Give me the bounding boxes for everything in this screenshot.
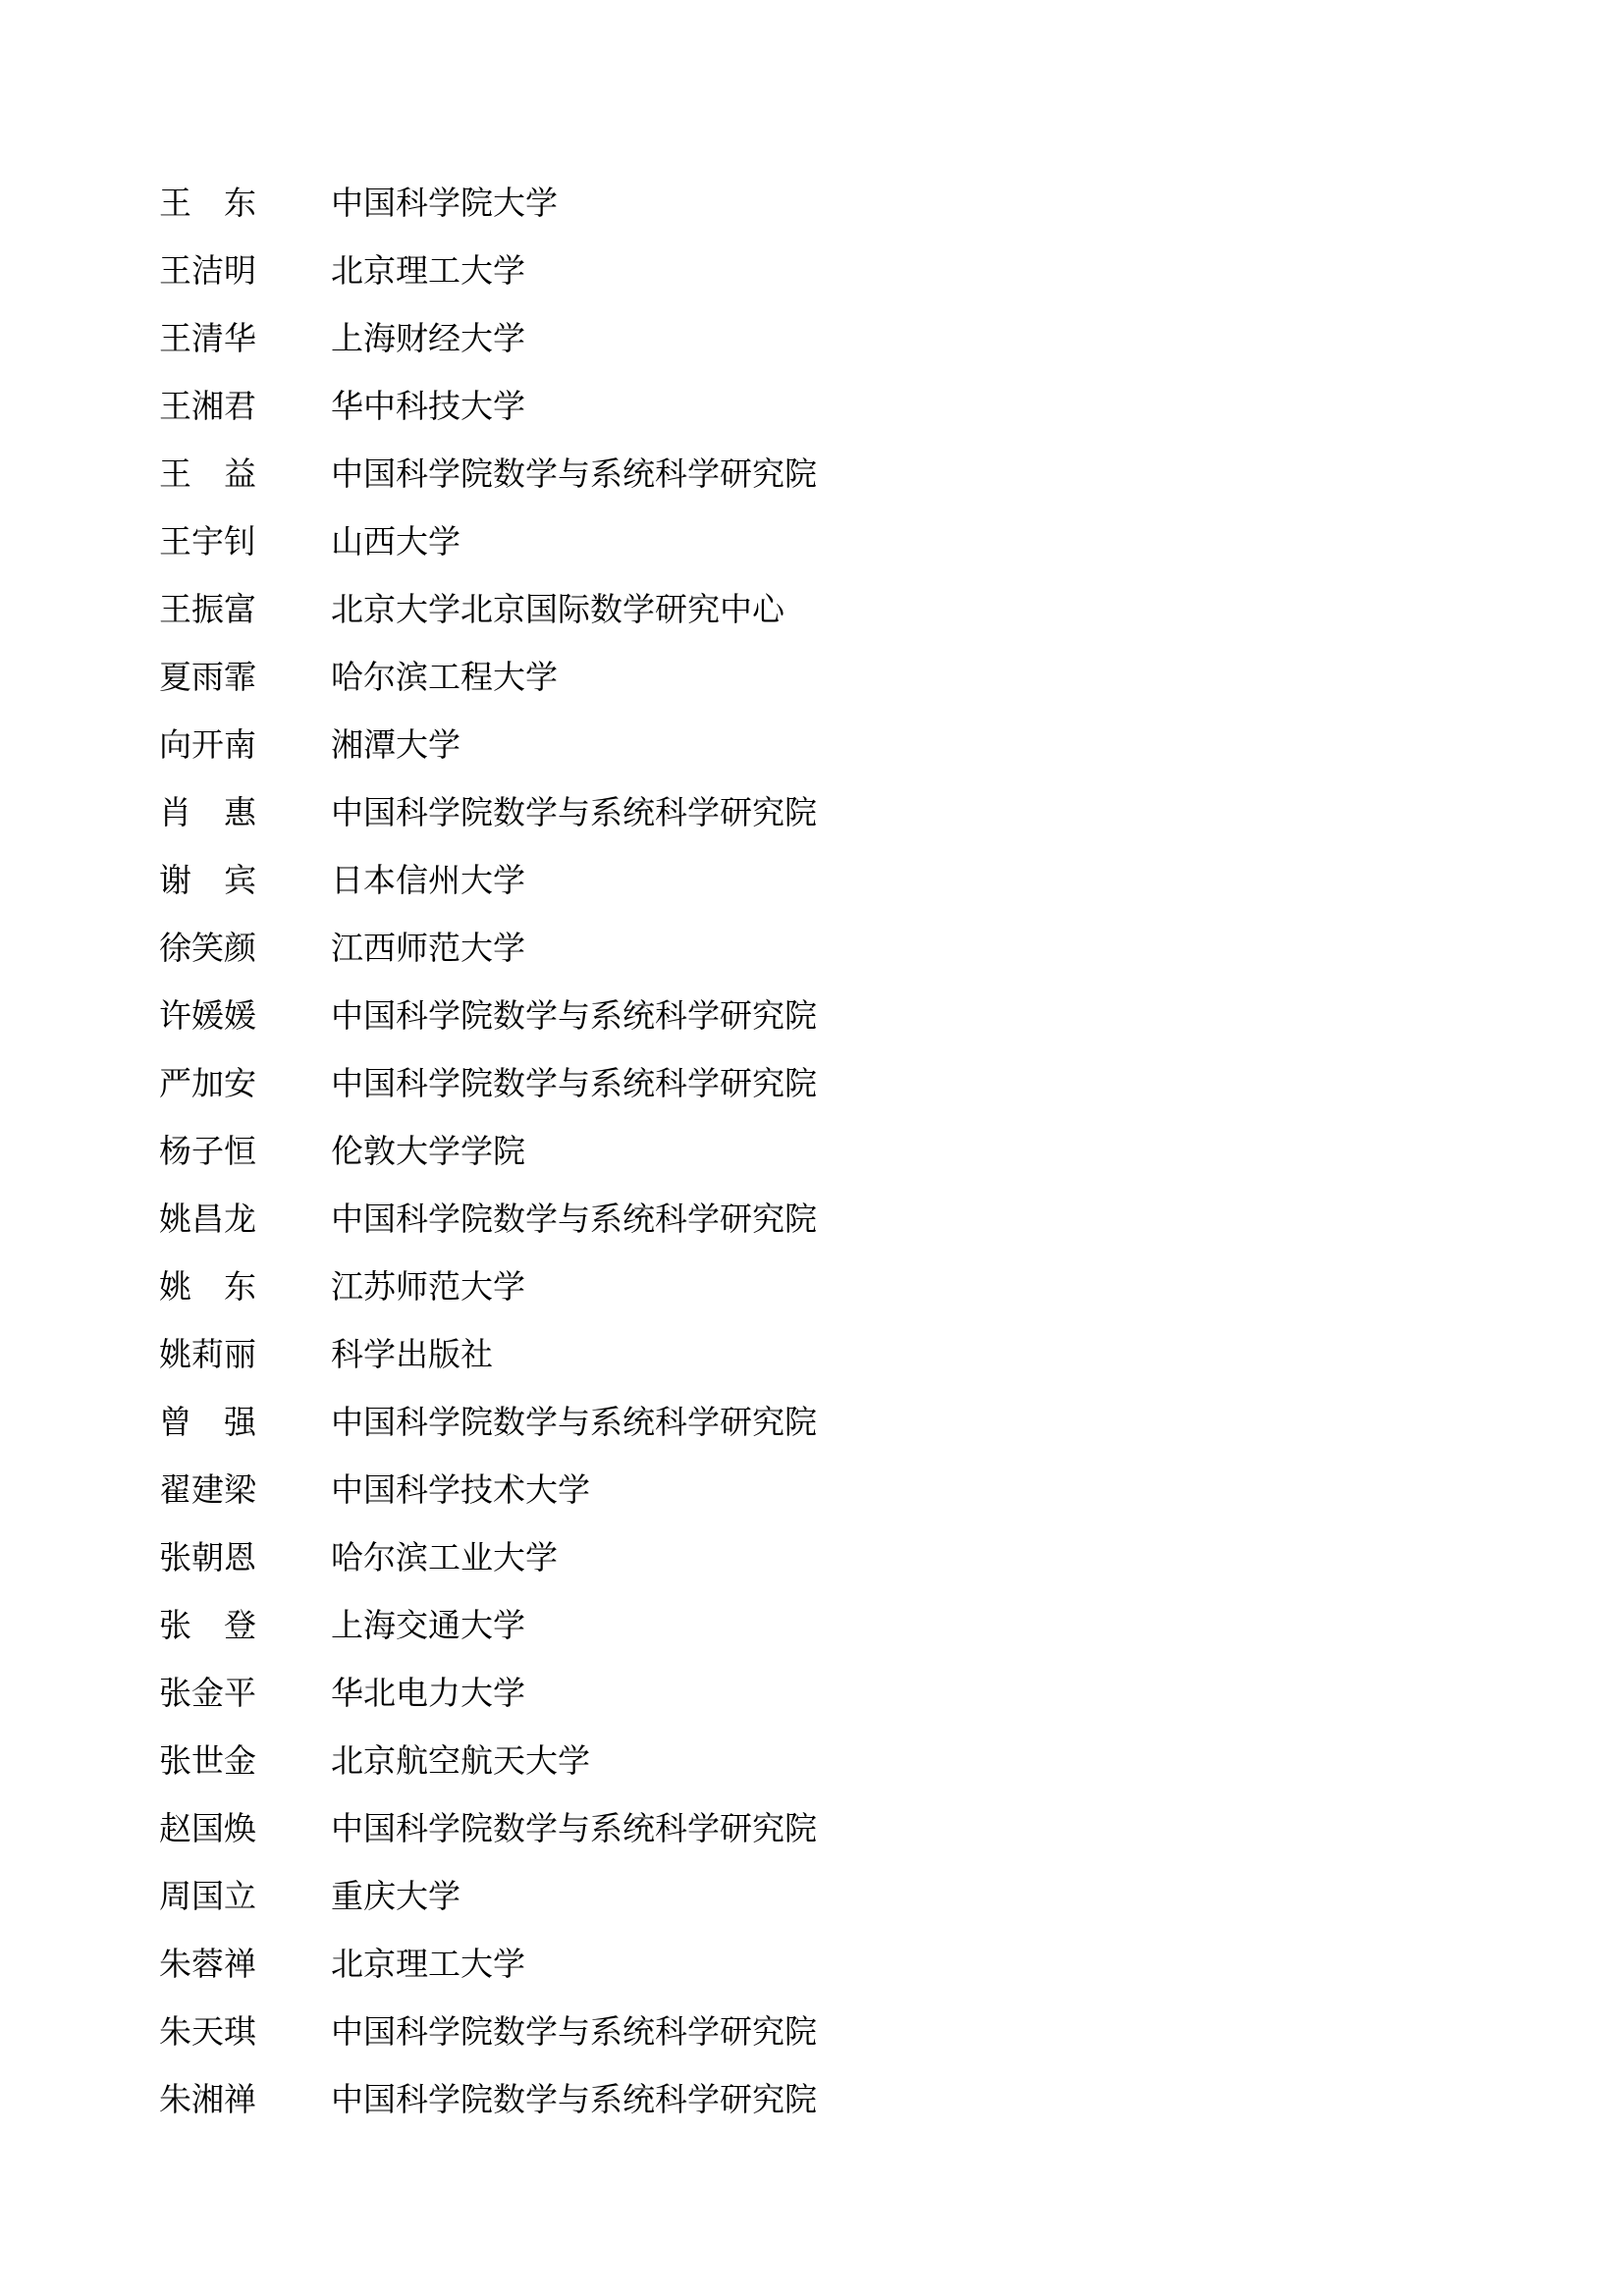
affiliation: 华北电力大学 bbox=[331, 1659, 1435, 1727]
affiliation: 北京理工大学 bbox=[331, 237, 1435, 304]
affiliation: 中国科学院数学与系统科学研究院 bbox=[331, 1388, 1435, 1456]
list-item: 徐笑颜江西师范大学 bbox=[159, 914, 1435, 982]
person-name: 夏雨霏 bbox=[159, 643, 256, 711]
person-name: 朱天琪 bbox=[159, 1998, 256, 2065]
affiliation: 上海财经大学 bbox=[331, 304, 1435, 372]
person-name: 姚昌龙 bbox=[159, 1185, 256, 1253]
person-name: 姚莉丽 bbox=[159, 1320, 256, 1388]
person-name: 曾 强 bbox=[159, 1388, 256, 1456]
affiliation: 华中科技大学 bbox=[331, 372, 1435, 440]
affiliation: 重庆大学 bbox=[331, 1862, 1435, 1930]
affiliation: 江苏师范大学 bbox=[331, 1253, 1435, 1320]
person-name: 王宇钊 bbox=[159, 507, 256, 575]
list-item: 谢 宾日本信州大学 bbox=[159, 846, 1435, 914]
person-name: 姚 东 bbox=[159, 1253, 256, 1320]
list-item: 张 登上海交通大学 bbox=[159, 1591, 1435, 1659]
person-name: 翟建梁 bbox=[159, 1456, 256, 1523]
list-item: 王振富北京大学北京国际数学研究中心 bbox=[159, 575, 1435, 643]
person-name: 张金平 bbox=[159, 1659, 256, 1727]
person-name: 王洁明 bbox=[159, 237, 256, 304]
affiliation: 中国科学院数学与系统科学研究院 bbox=[331, 2065, 1435, 2133]
affiliation: 江西师范大学 bbox=[331, 914, 1435, 982]
person-name: 王振富 bbox=[159, 575, 256, 643]
person-name: 周国立 bbox=[159, 1862, 256, 1930]
affiliation: 北京航空航天大学 bbox=[331, 1727, 1435, 1794]
list-item: 张朝恩哈尔滨工业大学 bbox=[159, 1523, 1435, 1591]
person-name: 谢 宾 bbox=[159, 846, 256, 914]
person-name: 朱湘禅 bbox=[159, 2065, 256, 2133]
person-name: 王 益 bbox=[159, 440, 256, 507]
list-item: 姚莉丽科学出版社 bbox=[159, 1320, 1435, 1388]
affiliation: 中国科学院数学与系统科学研究院 bbox=[331, 982, 1435, 1049]
affiliation: 中国科学院数学与系统科学研究院 bbox=[331, 1185, 1435, 1253]
list-item: 王 东中国科学院大学 bbox=[159, 169, 1435, 237]
list-item: 严加安中国科学院数学与系统科学研究院 bbox=[159, 1049, 1435, 1117]
affiliation: 湘潭大学 bbox=[331, 711, 1435, 778]
person-name: 赵国焕 bbox=[159, 1794, 256, 1862]
list-item: 杨子恒伦敦大学学院 bbox=[159, 1117, 1435, 1185]
affiliation: 日本信州大学 bbox=[331, 846, 1435, 914]
affiliation: 科学出版社 bbox=[331, 1320, 1435, 1388]
list-item: 朱蓉禅北京理工大学 bbox=[159, 1930, 1435, 1998]
list-item: 姚 东江苏师范大学 bbox=[159, 1253, 1435, 1320]
person-name: 许媛媛 bbox=[159, 982, 256, 1049]
list-item: 张世金北京航空航天大学 bbox=[159, 1727, 1435, 1794]
affiliation: 北京大学北京国际数学研究中心 bbox=[331, 575, 1435, 643]
affiliation: 中国科学技术大学 bbox=[331, 1456, 1435, 1523]
list-item: 姚昌龙中国科学院数学与系统科学研究院 bbox=[159, 1185, 1435, 1253]
affiliation: 中国科学院大学 bbox=[331, 169, 1435, 237]
person-name: 徐笑颜 bbox=[159, 914, 256, 982]
list-item: 王洁明北京理工大学 bbox=[159, 237, 1435, 304]
person-name: 张 登 bbox=[159, 1591, 256, 1659]
list-item: 翟建梁中国科学技术大学 bbox=[159, 1456, 1435, 1523]
affiliation: 中国科学院数学与系统科学研究院 bbox=[331, 1998, 1435, 2065]
person-name: 严加安 bbox=[159, 1049, 256, 1117]
list-item: 王宇钊山西大学 bbox=[159, 507, 1435, 575]
list-item: 赵国焕中国科学院数学与系统科学研究院 bbox=[159, 1794, 1435, 1862]
list-item: 朱湘禅中国科学院数学与系统科学研究院 bbox=[159, 2065, 1435, 2133]
person-name: 杨子恒 bbox=[159, 1117, 256, 1185]
list-item: 王 益中国科学院数学与系统科学研究院 bbox=[159, 440, 1435, 507]
affiliation: 北京理工大学 bbox=[331, 1930, 1435, 1998]
person-name: 王 东 bbox=[159, 169, 256, 237]
list-item: 朱天琪中国科学院数学与系统科学研究院 bbox=[159, 1998, 1435, 2065]
participant-list: 王 东中国科学院大学 王洁明北京理工大学 王清华上海财经大学 王湘君华中科技大学… bbox=[159, 169, 1435, 2133]
person-name: 王清华 bbox=[159, 304, 256, 372]
affiliation: 山西大学 bbox=[331, 507, 1435, 575]
affiliation: 伦敦大学学院 bbox=[331, 1117, 1435, 1185]
person-name: 王湘君 bbox=[159, 372, 256, 440]
list-item: 张金平华北电力大学 bbox=[159, 1659, 1435, 1727]
affiliation: 哈尔滨工业大学 bbox=[331, 1523, 1435, 1591]
affiliation: 中国科学院数学与系统科学研究院 bbox=[331, 1794, 1435, 1862]
person-name: 朱蓉禅 bbox=[159, 1930, 256, 1998]
list-item: 许媛媛中国科学院数学与系统科学研究院 bbox=[159, 982, 1435, 1049]
person-name: 张世金 bbox=[159, 1727, 256, 1794]
list-item: 曾 强中国科学院数学与系统科学研究院 bbox=[159, 1388, 1435, 1456]
list-item: 王湘君华中科技大学 bbox=[159, 372, 1435, 440]
list-item: 夏雨霏哈尔滨工程大学 bbox=[159, 643, 1435, 711]
list-item: 向开南湘潭大学 bbox=[159, 711, 1435, 778]
list-item: 肖 惠中国科学院数学与系统科学研究院 bbox=[159, 778, 1435, 846]
list-item: 周国立重庆大学 bbox=[159, 1862, 1435, 1930]
affiliation: 中国科学院数学与系统科学研究院 bbox=[331, 778, 1435, 846]
affiliation: 中国科学院数学与系统科学研究院 bbox=[331, 1049, 1435, 1117]
affiliation: 哈尔滨工程大学 bbox=[331, 643, 1435, 711]
person-name: 肖 惠 bbox=[159, 778, 256, 846]
list-item: 王清华上海财经大学 bbox=[159, 304, 1435, 372]
person-name: 张朝恩 bbox=[159, 1523, 256, 1591]
affiliation: 中国科学院数学与系统科学研究院 bbox=[331, 440, 1435, 507]
person-name: 向开南 bbox=[159, 711, 256, 778]
affiliation: 上海交通大学 bbox=[331, 1591, 1435, 1659]
